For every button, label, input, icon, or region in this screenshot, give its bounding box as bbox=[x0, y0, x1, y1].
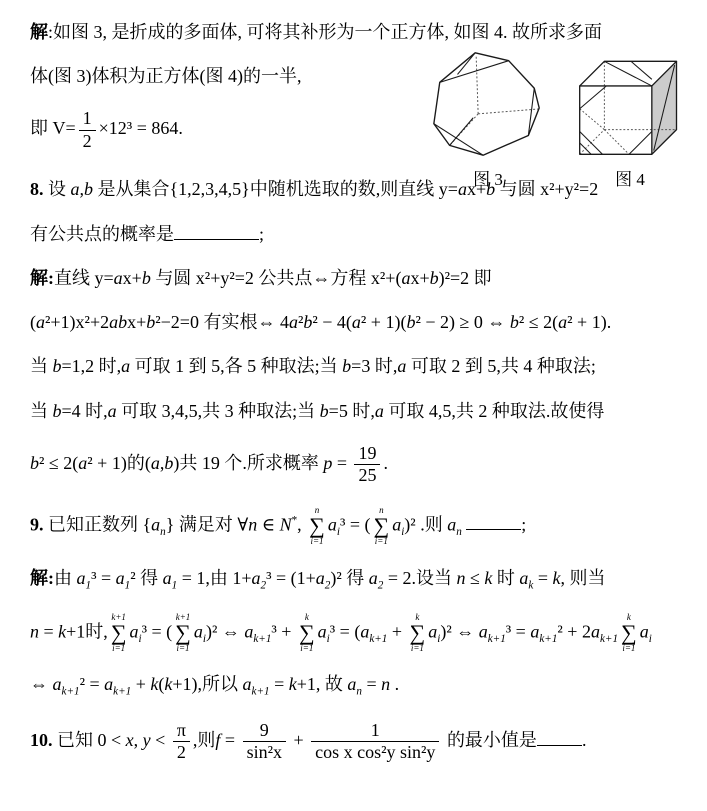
solution8-line2: (a²+1)x²+2abx+b²−2=0 有实根⇔ 4a²b² − 4(a² +… bbox=[30, 310, 693, 335]
problem8-statement-line2: 有公共点的概率是; bbox=[30, 221, 693, 247]
solution9-line1: 解:由 a1³ = a1² 得 a1 = 1,由 1+a2³ = (1+a2)²… bbox=[30, 566, 693, 594]
figure-4-caption: 图 4 bbox=[615, 165, 645, 190]
solution7-line1: 解:如图 3, 是折成的多面体, 可将其补形为一个正方体, 如图 4. 故所求多… bbox=[30, 20, 693, 45]
document: 解:如图 3, 是折成的多面体, 可将其补形为一个正方体, 如图 4. 故所求多… bbox=[0, 0, 707, 811]
solution9-line2: n = k+1时,k+1∑i=1ai³ = (k+1∑i=1ai)² ⇔ ak+… bbox=[30, 613, 693, 654]
figures-panel: 图 3 bbox=[424, 48, 694, 190]
figure-4-cube-image bbox=[566, 48, 694, 160]
solution9-line3: ⇔ ak+1² = ak+1 + k(k+1),所以 ak+1 = k+1, 故… bbox=[30, 672, 693, 700]
figure-3: 图 3 bbox=[424, 48, 552, 190]
figure-4: 图 4 bbox=[566, 48, 694, 190]
solution8-line4: 当 b=4 时,a 可取 3,4,5,共 3 种取法;当 b=5 时,a 可取 … bbox=[30, 399, 693, 424]
solution8-line1: 解:直线 y=ax+b 与圆 x²+y²=2 公共点⇔方程 x²+(ax+b)²… bbox=[30, 266, 693, 291]
solution8-line5: b² ≤ 2(a² + 1)的(a,b)共 19 个.所求概率 p = 1925… bbox=[30, 443, 693, 487]
figure-3-caption: 图 3 bbox=[473, 165, 503, 190]
problem10-statement: 10. 已知 0 < x, y < π2,则f = 9sin²x + 1cos … bbox=[30, 720, 693, 764]
figure-3-polyhedron-image bbox=[424, 48, 552, 160]
solution8-line3: 当 b=1,2 时,a 可取 1 到 5,各 5 种取法;当 b=3 时,a 可… bbox=[30, 354, 693, 379]
problem9-statement: 9. 已知正数列 {an} 满足对 ∀n ∈ N*, n∑i=1ai³ = (n… bbox=[30, 506, 693, 547]
